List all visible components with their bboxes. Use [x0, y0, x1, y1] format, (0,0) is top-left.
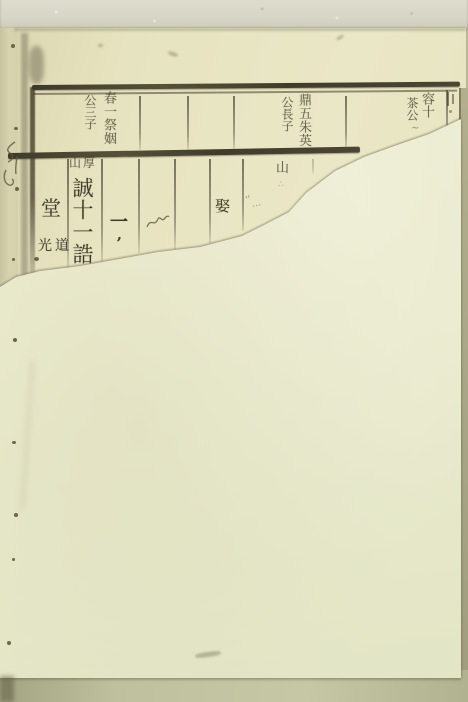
bottom-left-dark-corner	[0, 676, 14, 702]
blank-page-surface	[0, 0, 468, 702]
binding-hole	[13, 338, 17, 342]
binding-hole	[12, 558, 15, 561]
binding-hole	[34, 257, 39, 261]
binding-hole	[11, 44, 15, 48]
binding-hole	[12, 441, 16, 444]
binding-hole	[7, 641, 11, 645]
scanned-genealogy-photo: 春一祭姻 公三子 鼎五朱英 公長子 容十 茶公 ~ 山厚 誠十一誥 堂 光道 一…	[0, 0, 468, 702]
binding-hole	[14, 127, 18, 130]
overlapping-blank-page	[0, 0, 468, 702]
binding-hole	[15, 187, 19, 191]
binding-hole	[14, 513, 18, 517]
binding-hole	[12, 258, 15, 261]
